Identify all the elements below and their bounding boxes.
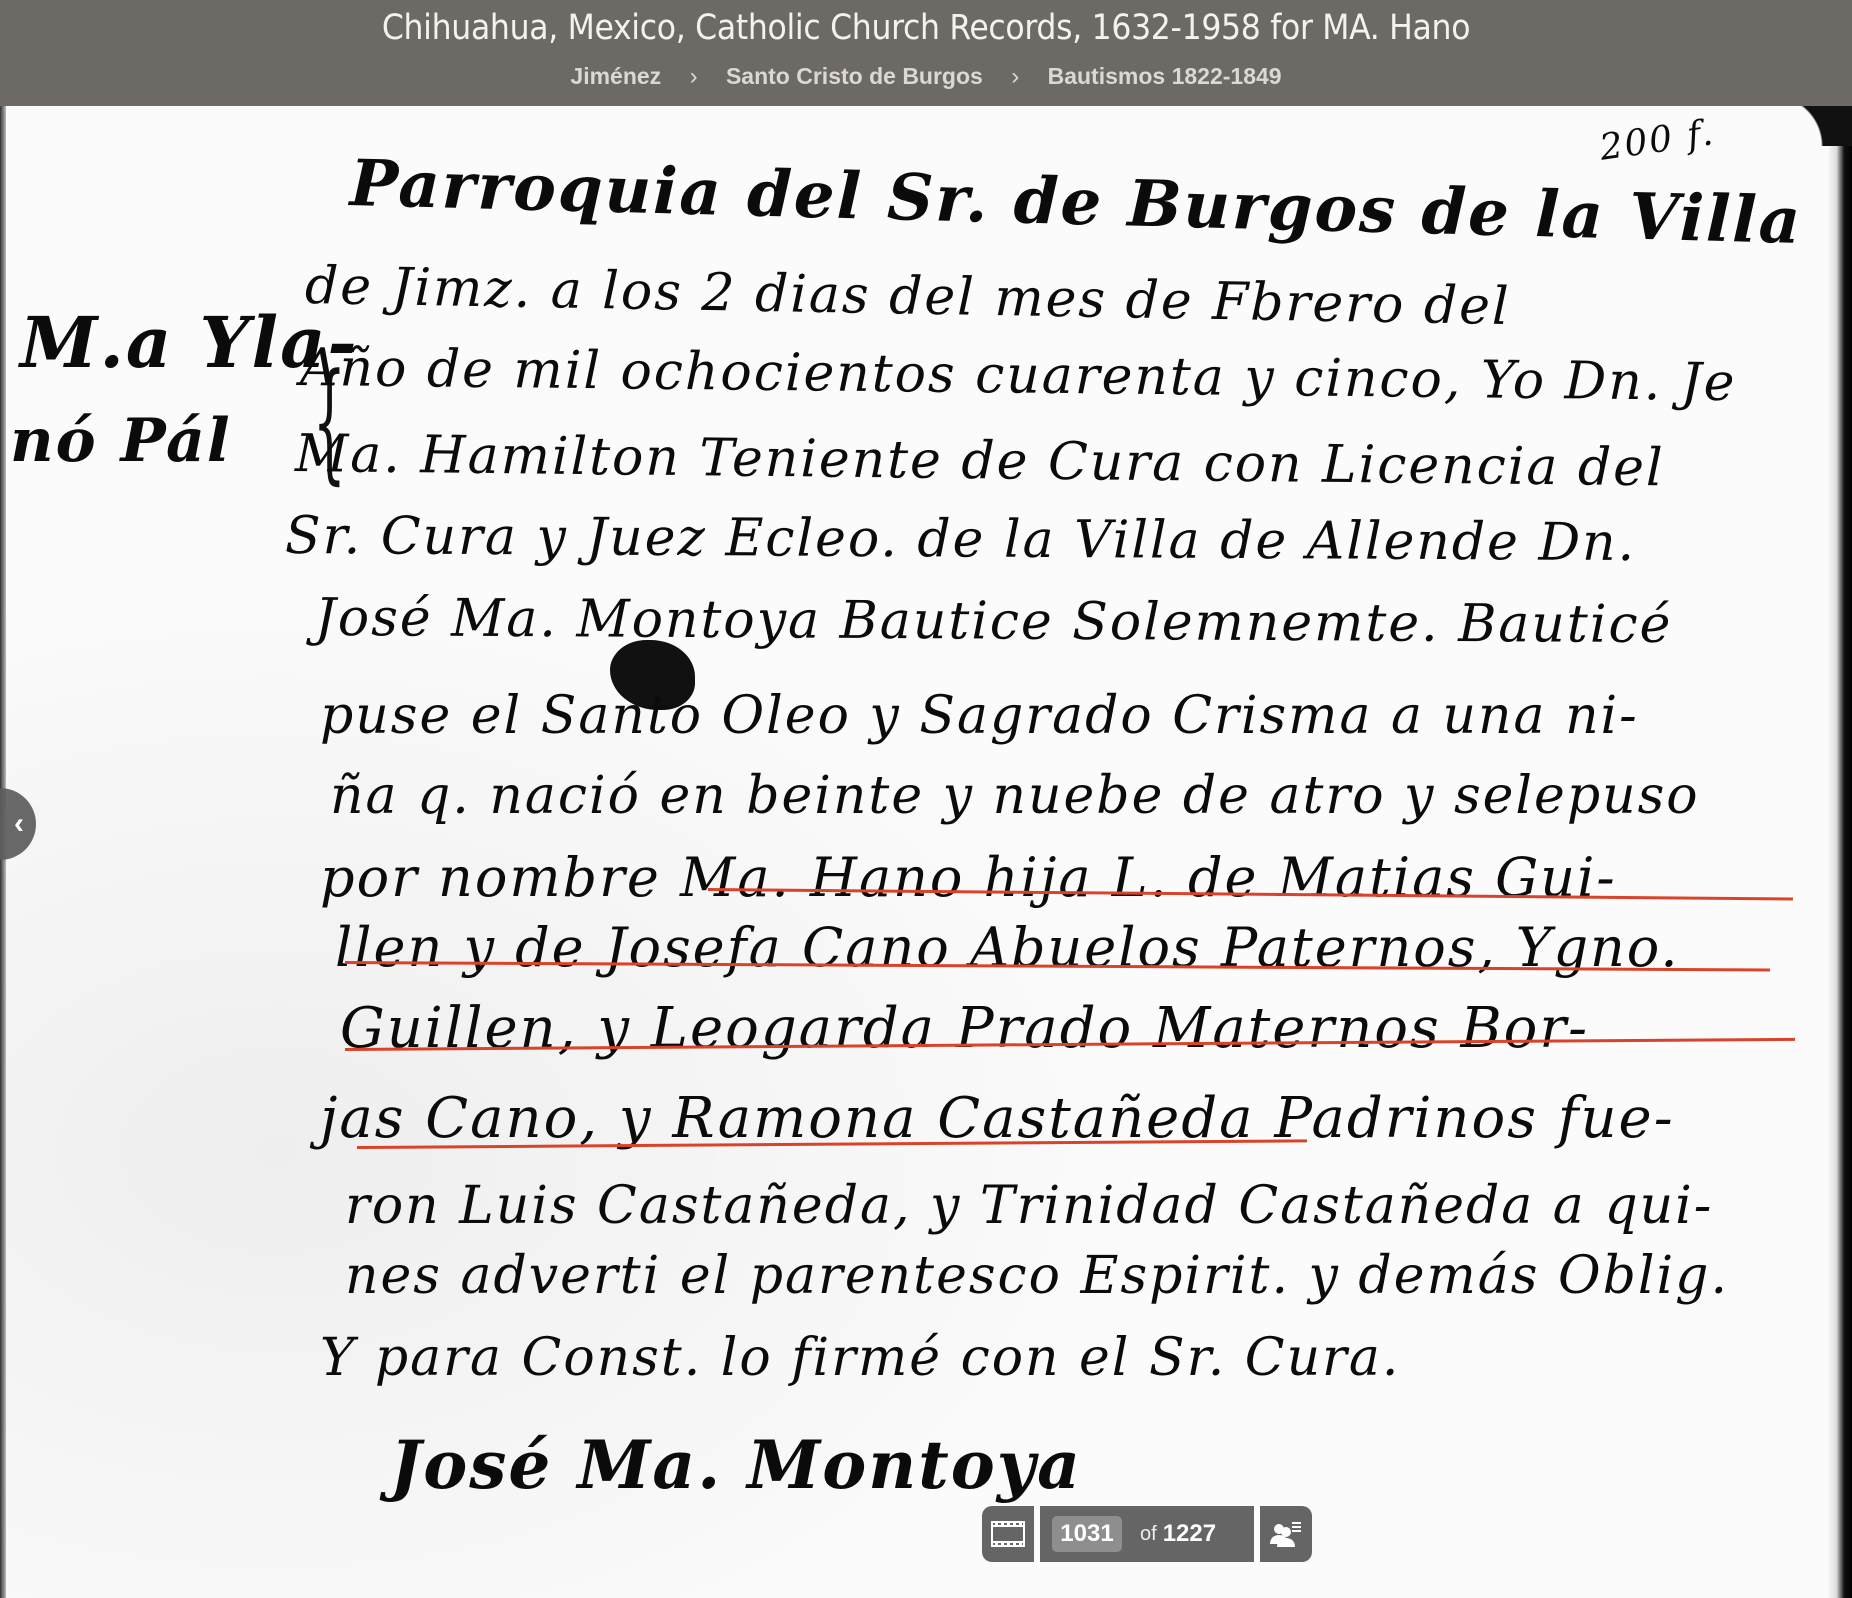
indexed-people-button[interactable]: [1260, 1506, 1312, 1562]
handwritten-line: José Ma. Montoya Bautice Solemnemte. Bau…: [315, 588, 1673, 655]
filmstrip-icon: [991, 1521, 1025, 1547]
breadcrumb: Jiménez › Santo Cristo de Burgos › Bauti…: [0, 62, 1852, 91]
breadcrumb-parish[interactable]: Santo Cristo de Burgos: [726, 63, 983, 90]
image-viewer-toolbar: 1031 of 1227: [982, 1506, 1312, 1562]
page-corner: [1772, 106, 1852, 146]
handwritten-line: ron Luis Castañeda, y Trinidad Castañeda…: [345, 1176, 1713, 1236]
current-page-input[interactable]: 1031: [1052, 1516, 1122, 1552]
filmstrip-button[interactable]: [982, 1506, 1034, 1562]
handwritten-line: puse el Santo Oleo y Sagrado Crisma a un…: [320, 686, 1639, 746]
record-header: Chihuahua, Mexico, Catholic Church Recor…: [0, 0, 1852, 106]
handwritten-line: ña q. nació en beinte y nuebe de atro y …: [330, 766, 1700, 826]
document-image[interactable]: 200 f. M.a Yla- nó Pál { Parroquia del S…: [0, 106, 1852, 1598]
page-of-label: of: [1140, 1523, 1157, 1546]
breadcrumb-separator-icon: ›: [1011, 63, 1019, 91]
breadcrumb-separator-icon: ›: [690, 63, 698, 91]
handwritten-line: Guillen, y Leogarda Prado Maternos Bor-: [340, 996, 1589, 1061]
record-title: Chihuahua, Mexico, Catholic Church Recor…: [0, 8, 1852, 48]
signature: José Ma. Montoya: [390, 1426, 1082, 1504]
chevron-left-icon: ‹: [14, 806, 24, 842]
page-navigator: 1031 of 1227: [1040, 1506, 1254, 1562]
handwritten-line: Sr. Cura y Juez Ecleo. de la Villa de Al…: [285, 506, 1636, 573]
people-list-icon: [1269, 1520, 1303, 1548]
handwritten-line: por nombre Ma. Hano hija L. de Matias Gu…: [320, 846, 1617, 909]
breadcrumb-volume[interactable]: Bautismos 1822-1849: [1048, 63, 1282, 90]
margin-note-line: nó Pál: [10, 406, 232, 476]
handwritten-line: Y para Const. lo firmé con el Sr. Cura.: [320, 1328, 1400, 1388]
total-pages: 1227: [1163, 1520, 1216, 1548]
breadcrumb-locality[interactable]: Jiménez: [570, 63, 661, 90]
page-edge: [1826, 106, 1852, 1598]
handwritten-line: nes adverti el parentesco Espirit. y dem…: [345, 1246, 1729, 1306]
